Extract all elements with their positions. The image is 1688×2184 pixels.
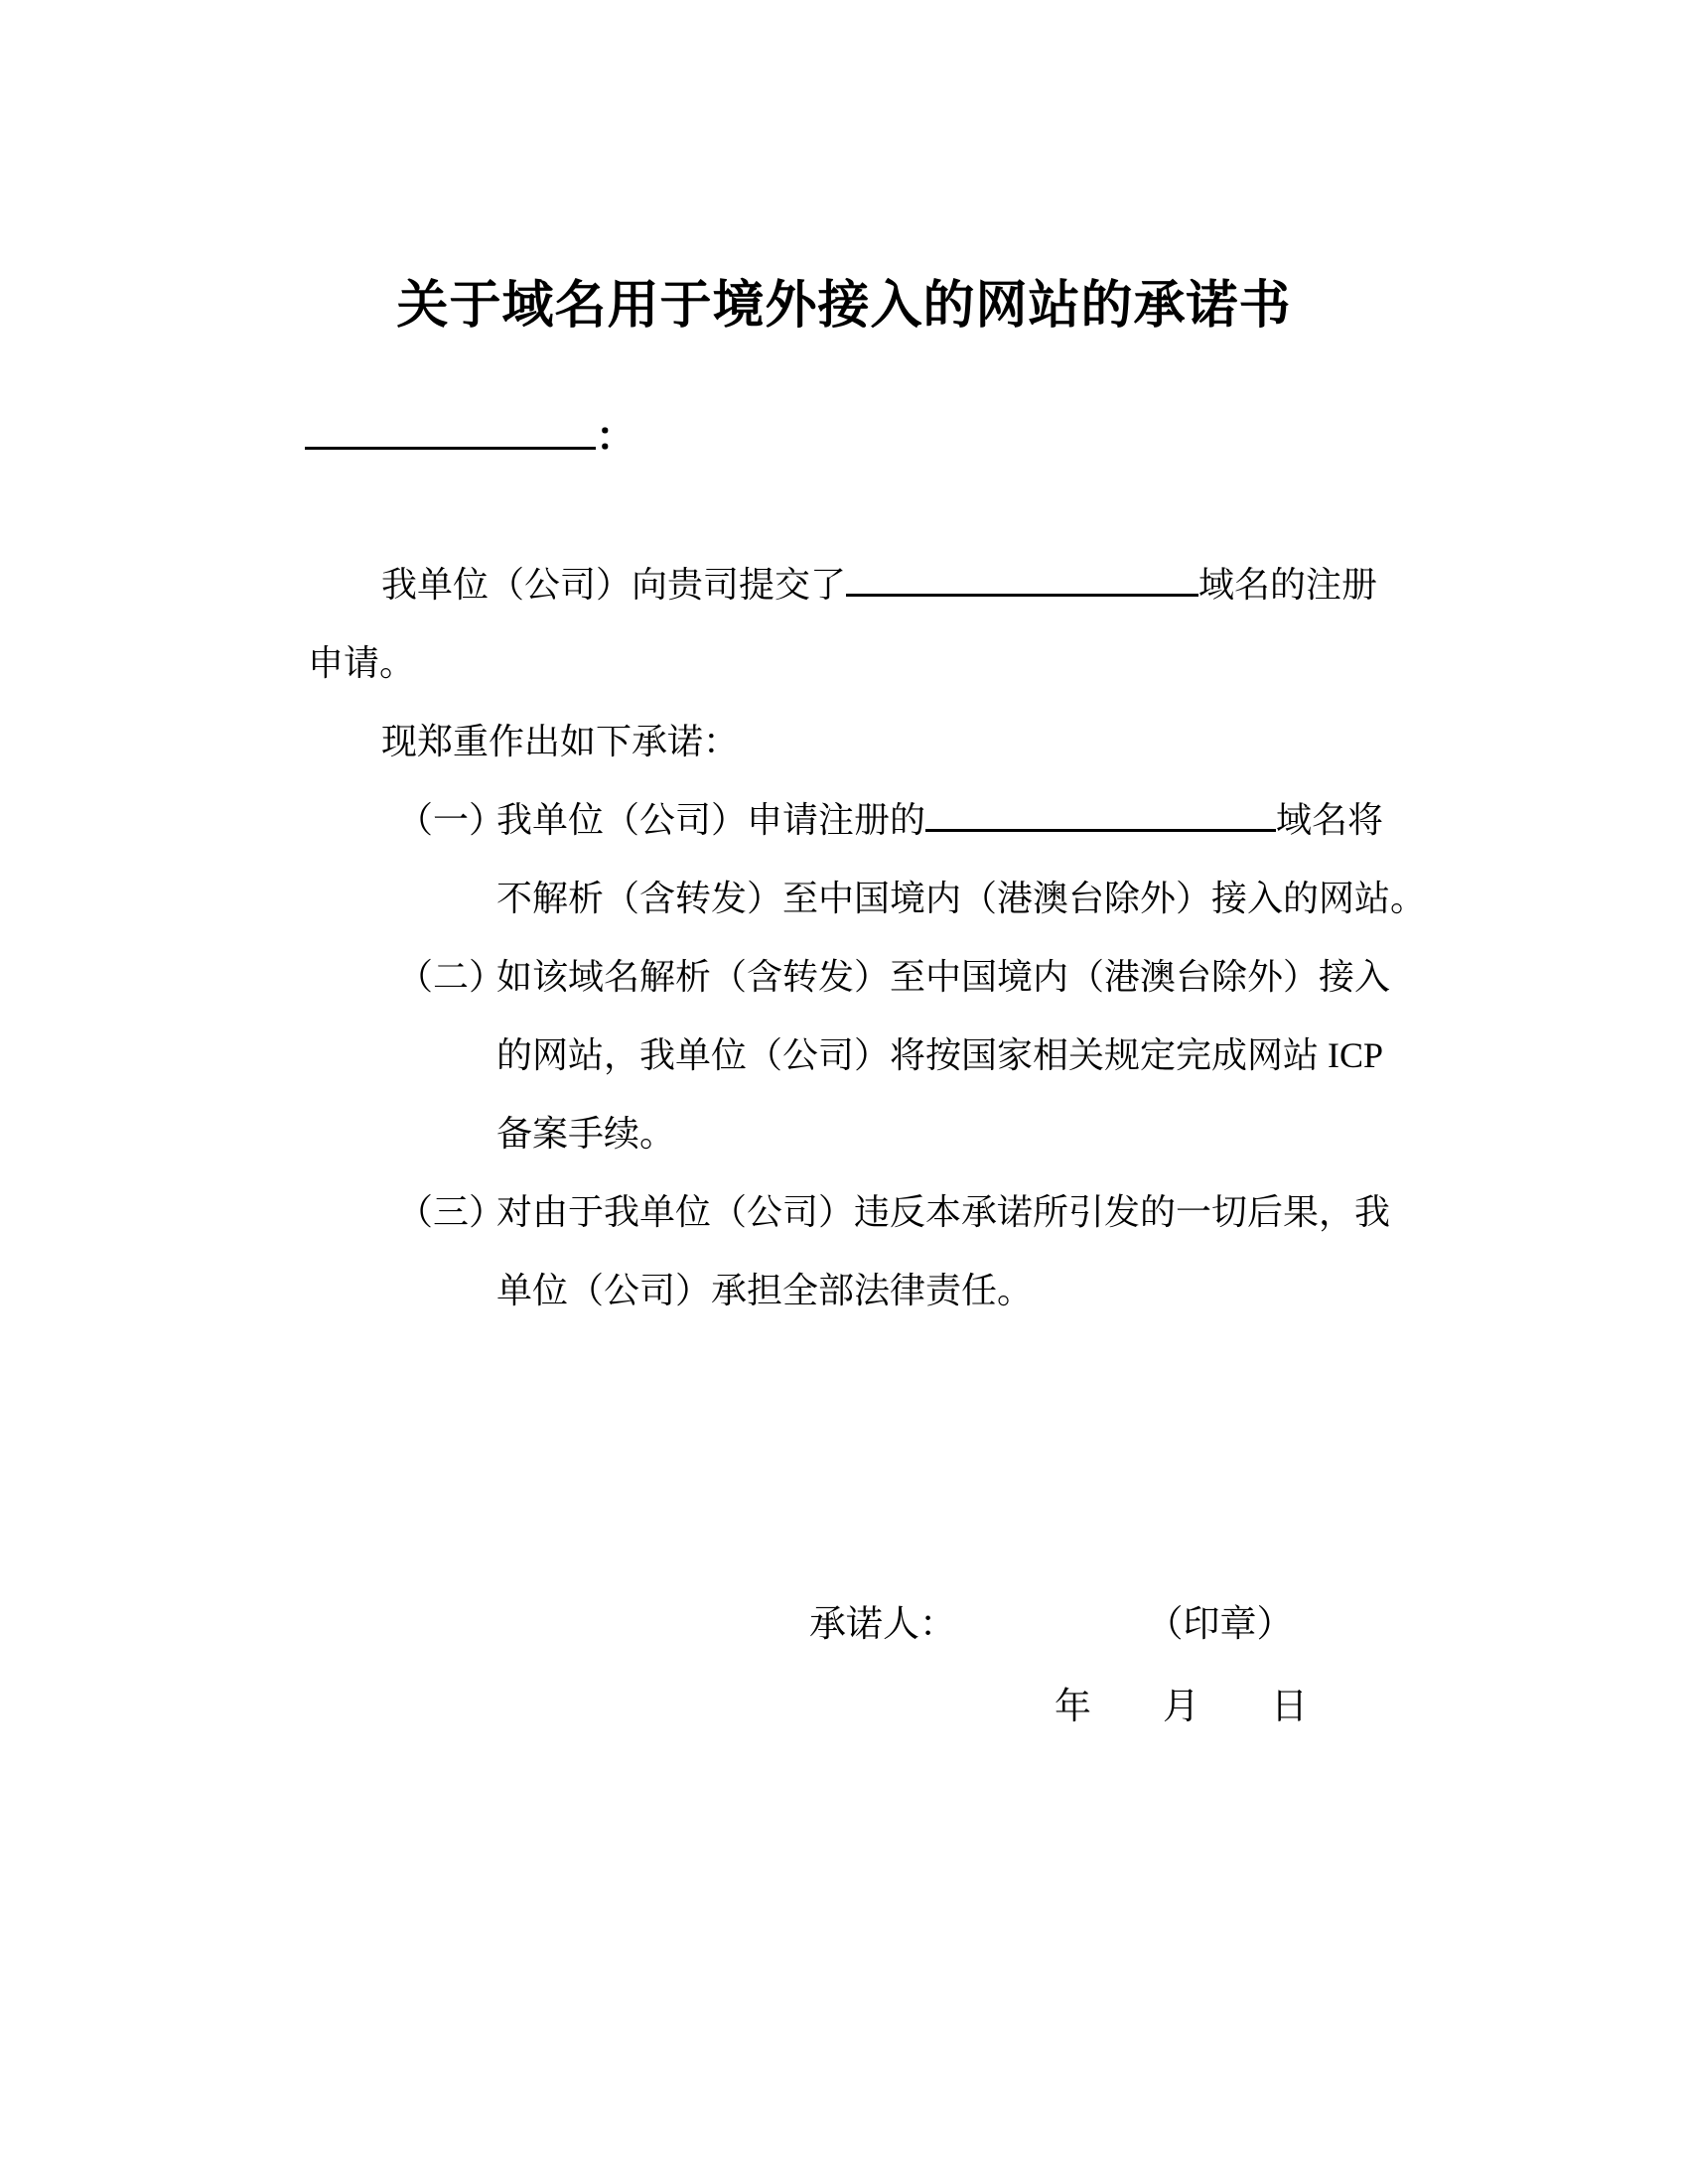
paragraph1-line2: 申请。 (308, 624, 1400, 703)
commitment-item-1: （一） 我单位（公司）申请注册的域名将 不解析（含转发）至中国境内（港澳台除外）… (308, 781, 1400, 938)
document-page: 关于域名用于境外接入的网站的承诺书 ： 我单位（公司）向贵司提交了域名的注册 申… (0, 0, 1688, 2184)
addressee-blank-field (305, 446, 596, 450)
item-1-marker: （一） (397, 781, 504, 860)
item-3-line2: 单位（公司）承担全部法律责任。 (496, 1252, 1400, 1330)
date-line: 年 月 日 (1055, 1668, 1308, 1746)
paragraph1-text-after-blank: 域名的注册 (1198, 565, 1377, 605)
item-1-text-after-blank: 域名将 (1276, 800, 1383, 840)
item-2-line3: 备案手续。 (496, 1095, 1400, 1173)
item-1-text-before-blank: 我单位（公司）申请注册的 (496, 800, 925, 840)
paragraph1-line1: 我单位（公司）向贵司提交了域名的注册 (308, 546, 1400, 624)
salutation-line: ： (305, 397, 635, 476)
item-2-line2: 的网站，我单位（公司）将按国家相关规定完成网站 ICP (496, 1017, 1400, 1095)
salutation-colon: ： (596, 414, 635, 459)
item-2-marker: （二） (397, 938, 504, 1017)
seal-label: （印章） (1165, 1604, 1294, 1645)
paragraph1-text-before-blank: 我单位（公司）向贵司提交了 (381, 565, 846, 605)
item-3-line1: 对由于我单位（公司）违反本承诺所引发的一切后果，我 (496, 1173, 1400, 1252)
document-title: 关于域名用于境外接入的网站的承诺书 (0, 274, 1688, 340)
intro-line: 现郑重作出如下承诺： (308, 703, 1400, 781)
registered-domain-blank-field (925, 828, 1276, 832)
item-3-marker: （三） (397, 1173, 504, 1252)
item-1-line1: 我单位（公司）申请注册的域名将 (496, 781, 1400, 860)
item-2-line1: 如该域名解析（含转发）至中国境内（港澳台除外）接入 (496, 938, 1400, 1017)
date-day-label: 日 (1271, 1668, 1308, 1746)
submitted-domain-blank-field (846, 593, 1198, 597)
document-body: 我单位（公司）向贵司提交了域名的注册 申请。 现郑重作出如下承诺： （一） 我单… (308, 546, 1400, 1330)
commitment-item-3: （三） 对由于我单位（公司）违反本承诺所引发的一切后果，我 单位（公司）承担全部… (308, 1173, 1400, 1330)
item-1-line2: 不解析（含转发）至中国境内（港澳台除外）接入的网站。 (496, 860, 1400, 938)
signature-line: 承诺人：（印章） (809, 1585, 1294, 1664)
date-month-label: 月 (1163, 1668, 1199, 1746)
date-year-label: 年 (1055, 1668, 1091, 1746)
commitment-item-2: （二） 如该域名解析（含转发）至中国境内（港澳台除外）接入 的网站，我单位（公司… (308, 938, 1400, 1173)
signer-label: 承诺人： (809, 1604, 956, 1645)
